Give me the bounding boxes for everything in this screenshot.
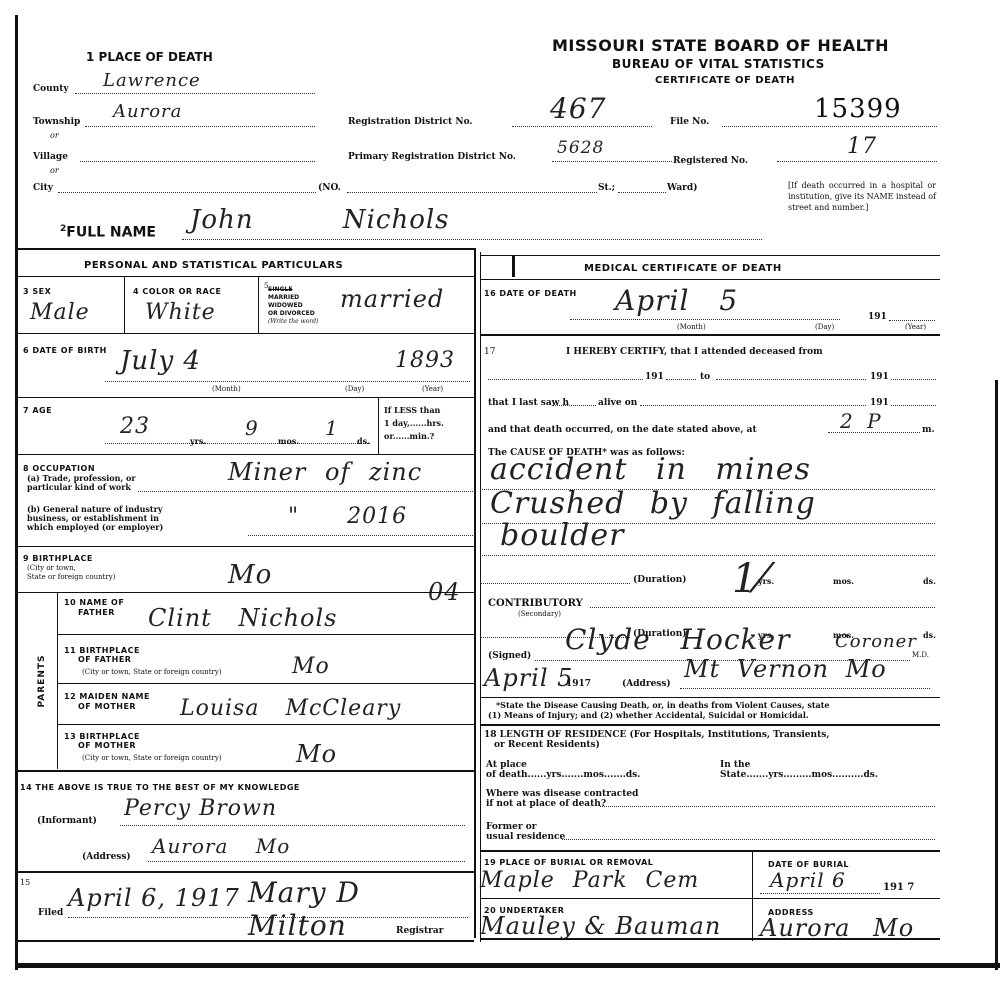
dob-field[interactable]: July 4 1893 <box>105 368 470 382</box>
county-field[interactable]: Lawrence <box>75 78 315 94</box>
occupation-b-field[interactable]: " 2016 <box>248 528 473 536</box>
residence-header-line2: or Recent Residents) <box>484 740 829 750</box>
ward-label: Ward) <box>667 183 697 193</box>
marital-option-divorced: OR DIVORCED <box>268 310 318 318</box>
parents-label: PARENTS <box>37 641 47 721</box>
township-field[interactable]: Aurora <box>85 110 315 127</box>
certify-to: to <box>700 372 710 382</box>
signed-value: Clyde Hocker <box>565 623 790 656</box>
full-name-value: John Nichols <box>190 205 450 235</box>
divider-parents <box>18 592 474 593</box>
residence-header: 18 LENGTH OF RESIDENCE (For Hospitals, I… <box>484 730 829 750</box>
dob-year-value: 1893 <box>395 348 455 373</box>
cause-line-3[interactable]: boulder <box>480 548 935 556</box>
sex-value[interactable]: Male <box>30 300 90 325</box>
city-label: City <box>33 183 53 193</box>
burial-year: 191 7 <box>883 882 914 893</box>
duration-yrs-label: yrs. <box>758 576 774 586</box>
burial-place-label: 19 PLACE OF BURIAL OR REMOVAL <box>484 858 653 867</box>
divider-filed <box>18 871 474 873</box>
father-birthplace-line2: OF FATHER <box>64 655 140 664</box>
mother-birthplace-value[interactable]: Mo <box>296 740 337 768</box>
filed-field[interactable]: April 6, 1917 Mary D Milton <box>68 904 468 918</box>
county-label: County <box>33 84 69 94</box>
divider-mother-name <box>58 683 474 684</box>
former-residence-field[interactable] <box>562 832 935 840</box>
dod-month-label: (Month) <box>677 323 706 331</box>
duration-ds-label: ds. <box>923 576 936 586</box>
death-time-field[interactable]: 2 P <box>828 425 920 433</box>
alive-on-text: alive on <box>598 398 637 408</box>
age-ds-value: 1 <box>325 416 339 440</box>
cause-line-1-value: accident in mines <box>490 452 811 487</box>
footnote-line1: *State the Disease Causing Death, or, in… <box>488 700 830 710</box>
alive-on-field[interactable] <box>640 398 866 406</box>
registrar-label: Registrar <box>396 926 443 936</box>
attended-from-year[interactable] <box>666 372 696 380</box>
file-no-value: 15399 <box>814 94 902 124</box>
filed-label: Filed <box>38 908 63 918</box>
duration-mos-label: mos. <box>833 576 854 586</box>
informant-header: 14 THE ABOVE IS TRUE TO THE BEST OF MY K… <box>20 783 300 792</box>
signed-label: (Signed) <box>488 651 531 661</box>
primary-registration-value: 5628 <box>557 138 604 158</box>
at-place-line2: of death......yrs.......mos.......ds. <box>486 770 640 780</box>
divider-footnote <box>480 697 940 698</box>
mother-birthplace-line2: OF MOTHER <box>64 741 140 750</box>
form-name: CERTIFICATE OF DEATH <box>655 75 795 86</box>
signer-address-field[interactable]: Mt Vernon Mo <box>680 679 930 689</box>
attended-to-year[interactable] <box>891 372 936 380</box>
burial-date-value: April 6 <box>770 868 846 892</box>
race-label: 4 COLOR OR RACE <box>133 287 222 296</box>
age-label: 7 AGE <box>23 406 52 415</box>
or-label-2: or <box>50 166 59 175</box>
certify-year-3: 191 <box>870 398 889 408</box>
age-field[interactable]: 23 9 1 <box>105 436 370 444</box>
divider-certify <box>480 334 940 336</box>
mos-label: mos. <box>278 436 299 446</box>
registered-no-label: Registered No. <box>673 156 748 166</box>
in-state-line1: In the <box>720 760 878 770</box>
filed-value: April 6, 1917 <box>68 884 240 912</box>
informant-label: (Informant) <box>37 816 97 826</box>
contributory-field[interactable] <box>590 598 935 608</box>
file-no-field[interactable]: 15399 <box>722 112 937 127</box>
father-name-line2: FATHER <box>64 608 124 618</box>
registered-no-field[interactable]: 17 <box>777 148 937 162</box>
ds-label: ds. <box>357 436 370 446</box>
registration-district-field[interactable]: 467 <box>512 110 652 127</box>
mother-name-line2: OF MOTHER <box>64 702 150 712</box>
no-label: (NO. <box>318 183 341 193</box>
signed-title: Coroner <box>835 631 917 652</box>
occupation-b-label: (b) General nature of industry business,… <box>27 505 163 532</box>
divider-medical-title <box>480 279 940 280</box>
divider-occupation <box>18 454 474 455</box>
birthplace-label: 9 BIRTHPLACE <box>23 554 93 563</box>
less-than-line3: or......min.? <box>384 430 444 443</box>
dob-year-label: (Year) <box>422 385 443 393</box>
dob-month-value: July 4 <box>120 346 201 376</box>
cause-line-3-value: boulder <box>500 518 624 553</box>
registration-district-value: 467 <box>550 92 606 125</box>
divider-burial-date <box>752 851 753 941</box>
bottom-border <box>15 963 1000 968</box>
informant-address-value: Aurora Mo <box>152 834 290 858</box>
medical-section-title: MEDICAL CERTIFICATE OF DEATH <box>584 263 782 274</box>
mother-birthplace-hint: (City or town, State or foreign country) <box>82 754 222 762</box>
former-residence-line2: usual residence <box>486 832 565 842</box>
full-name-label: 2FULL NAME <box>60 224 156 241</box>
divider-birthplace <box>18 546 474 547</box>
signed-date-value[interactable]: April 5 <box>484 664 573 692</box>
birthplace-value[interactable]: Mo <box>228 560 272 590</box>
place-of-death-heading: 1 PLACE OF DEATH <box>86 50 213 64</box>
bureau-subtitle: BUREAU OF VITAL STATISTICS <box>612 57 825 71</box>
duration-label-1: (Duration) <box>633 575 687 585</box>
sex-label: 3 SEX <box>23 287 51 296</box>
at-place-line1: At place <box>486 760 640 770</box>
in-state-line2: State.......yrs.........mos..........ds. <box>720 770 878 780</box>
age-mos-value: 9 <box>245 416 259 440</box>
at-place-of-death[interactable]: At place of death......yrs.......mos....… <box>486 760 640 780</box>
divider-bottom-left <box>18 940 474 942</box>
residence-header-line1: 18 LENGTH OF RESIDENCE (For Hospitals, I… <box>484 730 829 740</box>
marital-option-married: MARRIED <box>268 294 318 302</box>
attended-from-field[interactable] <box>488 372 643 380</box>
in-the-state[interactable]: In the State.......yrs.........mos......… <box>720 760 878 780</box>
divider-sex-race <box>124 277 125 333</box>
st-label: St.; <box>598 183 615 193</box>
signed-year: 1917 <box>566 679 591 689</box>
divider-age <box>18 397 474 398</box>
burial-place-value[interactable]: Maple Park Cem <box>480 868 699 893</box>
occupation-a-field[interactable]: Miner of zinc <box>138 482 473 492</box>
hospital-note: [If death occurred in a hospital or inst… <box>788 180 936 213</box>
village-field[interactable] <box>80 152 315 162</box>
full-name-label-text: FULL NAME <box>66 225 156 241</box>
father-birthplace-label: 11 BIRTHPLACE OF FATHER <box>64 646 140 664</box>
dod-year-field[interactable] <box>889 312 935 321</box>
father-birthplace-value[interactable]: Mo <box>292 654 330 679</box>
death-occurred-text: and that death occurred, on the date sta… <box>488 425 757 435</box>
occupation-b-value: " 2016 <box>288 504 407 529</box>
undertaker-value[interactable]: Mauley & Bauman <box>480 912 721 940</box>
divider-age-less <box>378 398 379 454</box>
occupation-b-line3: which employed (or employer) <box>27 523 163 532</box>
registered-no-value: 17 <box>847 134 877 159</box>
divider-parents-label <box>57 593 58 769</box>
less-than-line1: If LESS than <box>384 404 444 417</box>
yrs-label: yrs. <box>190 436 206 446</box>
birthplace-hint: (City or town, State or foreign country) <box>27 564 116 582</box>
birthplace-hint-line2: State or foreign country) <box>27 573 116 582</box>
divider-residence <box>480 724 940 726</box>
township-label: Township <box>33 117 80 127</box>
occupation-a-line2: particular kind of work <box>27 483 136 492</box>
occupation-label: 8 OCCUPATION <box>23 464 95 473</box>
duration-field-1[interactable] <box>480 576 630 584</box>
informant-address-label: (Address) <box>82 852 131 862</box>
where-contracted-line1: Where was disease contracted <box>486 789 638 799</box>
street-no-field[interactable] <box>347 183 597 193</box>
file-no-label: File No. <box>670 117 709 127</box>
former-residence-line1: Former or <box>486 822 565 832</box>
md-label: M.D. <box>912 651 929 659</box>
father-birthplace-line1: 11 BIRTHPLACE <box>64 646 140 655</box>
village-label: Village <box>33 152 68 162</box>
divider-informant <box>18 770 474 772</box>
mother-birthplace-line1: 13 BIRTHPLACE <box>64 732 140 741</box>
full-name-field[interactable]: John Nichols <box>182 225 762 240</box>
marital-options: SINGLE MARRIED WIDOWED OR DIVORCED (Writ… <box>268 286 318 326</box>
dod-day-label: (Day) <box>815 323 834 331</box>
burial-date-field[interactable]: April 6 <box>760 886 880 894</box>
divider-father-birthplace <box>58 634 474 635</box>
birthplace-hint-line1: (City or town, <box>27 564 116 573</box>
death-time-value: 2 P <box>840 409 882 433</box>
race-value[interactable]: White <box>145 300 216 325</box>
city-field[interactable] <box>58 183 316 193</box>
divider-mother-birthplace <box>58 724 474 725</box>
divider-medical-top <box>480 255 940 256</box>
where-contracted-field[interactable] <box>600 799 935 807</box>
marital-value[interactable]: married <box>340 285 444 313</box>
divider-undertaker <box>480 898 940 899</box>
registration-district-label: Registration District No. <box>348 117 473 127</box>
marital-option-single: SINGLE <box>268 286 318 294</box>
column-divider-inner <box>480 252 481 942</box>
divider-name <box>15 248 475 250</box>
personal-section-title: PERSONAL AND STATISTICAL PARTICULARS <box>84 260 343 271</box>
secondary-label: (Secondary) <box>518 610 561 618</box>
former-residence-label: Former or usual residence <box>486 822 565 842</box>
column-divider <box>474 248 476 938</box>
county-value: Lawrence <box>103 70 201 91</box>
m-label: m. <box>922 425 935 435</box>
primary-registration-field[interactable]: 5628 <box>552 150 672 162</box>
certify-number: 17 <box>484 347 495 357</box>
informant-field[interactable]: Percy Brown <box>120 816 465 826</box>
mother-name-value[interactable]: Louisa McCleary <box>180 696 401 721</box>
less-than-line2: 1 day,......hrs. <box>384 417 444 430</box>
divider-personal-title <box>18 276 474 277</box>
father-name-value[interactable]: Clint Nichols <box>148 604 337 632</box>
or-label: or <box>50 131 59 140</box>
footnote: *State the Disease Causing Death, or, in… <box>488 700 830 720</box>
dob-day-label: (Day) <box>345 385 364 393</box>
last-saw-pronoun[interactable] <box>552 398 596 406</box>
father-birthplace-hint: (City or town, State or foreign country) <box>82 668 222 676</box>
ward-field[interactable] <box>618 183 666 193</box>
divider-burial <box>480 850 940 852</box>
medical-tab-mark <box>512 255 515 277</box>
divider-bottom-right <box>480 938 940 940</box>
address-label: (Address) <box>622 679 671 689</box>
certify-year-1: 191 <box>645 372 664 382</box>
dod-value: April 5 <box>615 284 738 317</box>
father-name-line1: 10 NAME OF <box>64 598 124 608</box>
divider-race-marital <box>258 277 259 333</box>
occupation-a-label: (a) Trade, profession, or particular kin… <box>27 474 136 492</box>
dod-year-prefix: 191 <box>868 312 887 322</box>
marital-hint: (Write the word) <box>268 318 318 326</box>
board-title: MISSOURI STATE BOARD OF HEALTH <box>552 36 889 55</box>
dod-field[interactable]: April 5 <box>570 312 840 320</box>
mother-name-label: 12 MAIDEN NAME OF MOTHER <box>64 692 150 712</box>
marital-option-widowed: WIDOWED <box>268 302 318 310</box>
attended-to-field[interactable] <box>716 372 866 380</box>
contributory-label: CONTRIBUTORY <box>488 598 583 609</box>
informant-value: Percy Brown <box>124 796 277 821</box>
right-border <box>995 380 998 970</box>
less-than-day: If LESS than 1 day,......hrs. or......mi… <box>384 404 444 443</box>
dob-label: 6 DATE OF BIRTH <box>23 346 107 355</box>
mother-birthplace-label: 13 BIRTHPLACE OF MOTHER <box>64 732 140 750</box>
cause-line-2-value: Crushed by falling <box>490 486 816 521</box>
dob-month-label: (Month) <box>212 385 241 393</box>
primary-registration-label: Primary Registration District No. <box>348 152 516 162</box>
dod-label: 16 DATE OF DEATH <box>484 289 577 298</box>
township-value: Aurora <box>113 101 182 122</box>
divider-dob <box>18 333 474 334</box>
age-yrs-value: 23 <box>120 414 150 439</box>
alive-on-year[interactable] <box>891 398 936 406</box>
father-name-label: 10 NAME OF FATHER <box>64 598 124 618</box>
filed-number: 15 <box>20 878 30 887</box>
left-border <box>15 15 18 970</box>
certify-text: I HEREBY CERTIFY, that I attended deceas… <box>566 347 823 357</box>
signer-address-value: Mt Vernon Mo <box>684 655 887 683</box>
certify-year-2: 191 <box>870 372 889 382</box>
dod-year-label: (Year) <box>905 323 926 331</box>
informant-address-field[interactable]: Aurora Mo <box>148 852 465 862</box>
footnote-line2: (1) Means of Injury; and (2) whether Acc… <box>488 710 830 720</box>
duration-ds-label-2: ds. <box>923 630 936 640</box>
mother-name-line1: 12 MAIDEN NAME <box>64 692 150 702</box>
occupation-a-value: Miner of zinc <box>228 458 422 486</box>
